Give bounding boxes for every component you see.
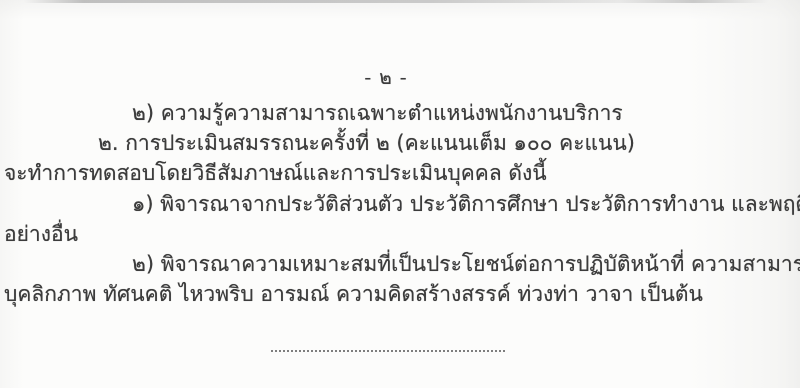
scan-artifact-top-edge [24,0,768,3]
dotted-separator-line [271,350,505,352]
paragraph-continuation-other: อย่างอื่น [4,221,78,247]
page-number: - ๒ - [0,63,786,93]
section-heading-assessment-2: ๒. การประเมินสมรรถนะครั้งที่ ๒ (คะแนนเต็… [98,130,635,156]
scanned-document-page: - ๒ - ๒) ความรู้ความสามารถเฉพาะตำแหน่งพน… [0,0,800,388]
paragraph-test-method: จะทำการทดสอบโดยวิธีสัมภาษณ์และการประเมิน… [4,160,547,186]
list-item-2-suitability: ๒) พิจารณาความเหมาะสมที่เป็นประโยชน์ต่อก… [132,251,800,277]
list-item-1-history: ๑) พิจารณาจากประวัติส่วนตัว ประวัติการศึ… [132,191,800,217]
list-item-knowledge-position: ๒) ความรู้ความสามารถเฉพาะตำแหน่งพนักงานบ… [132,100,623,126]
paragraph-continuation-personality: บุคลิกภาพ ทัศนคติ ไหวพริบ อารมณ์ ความคิด… [4,281,703,307]
